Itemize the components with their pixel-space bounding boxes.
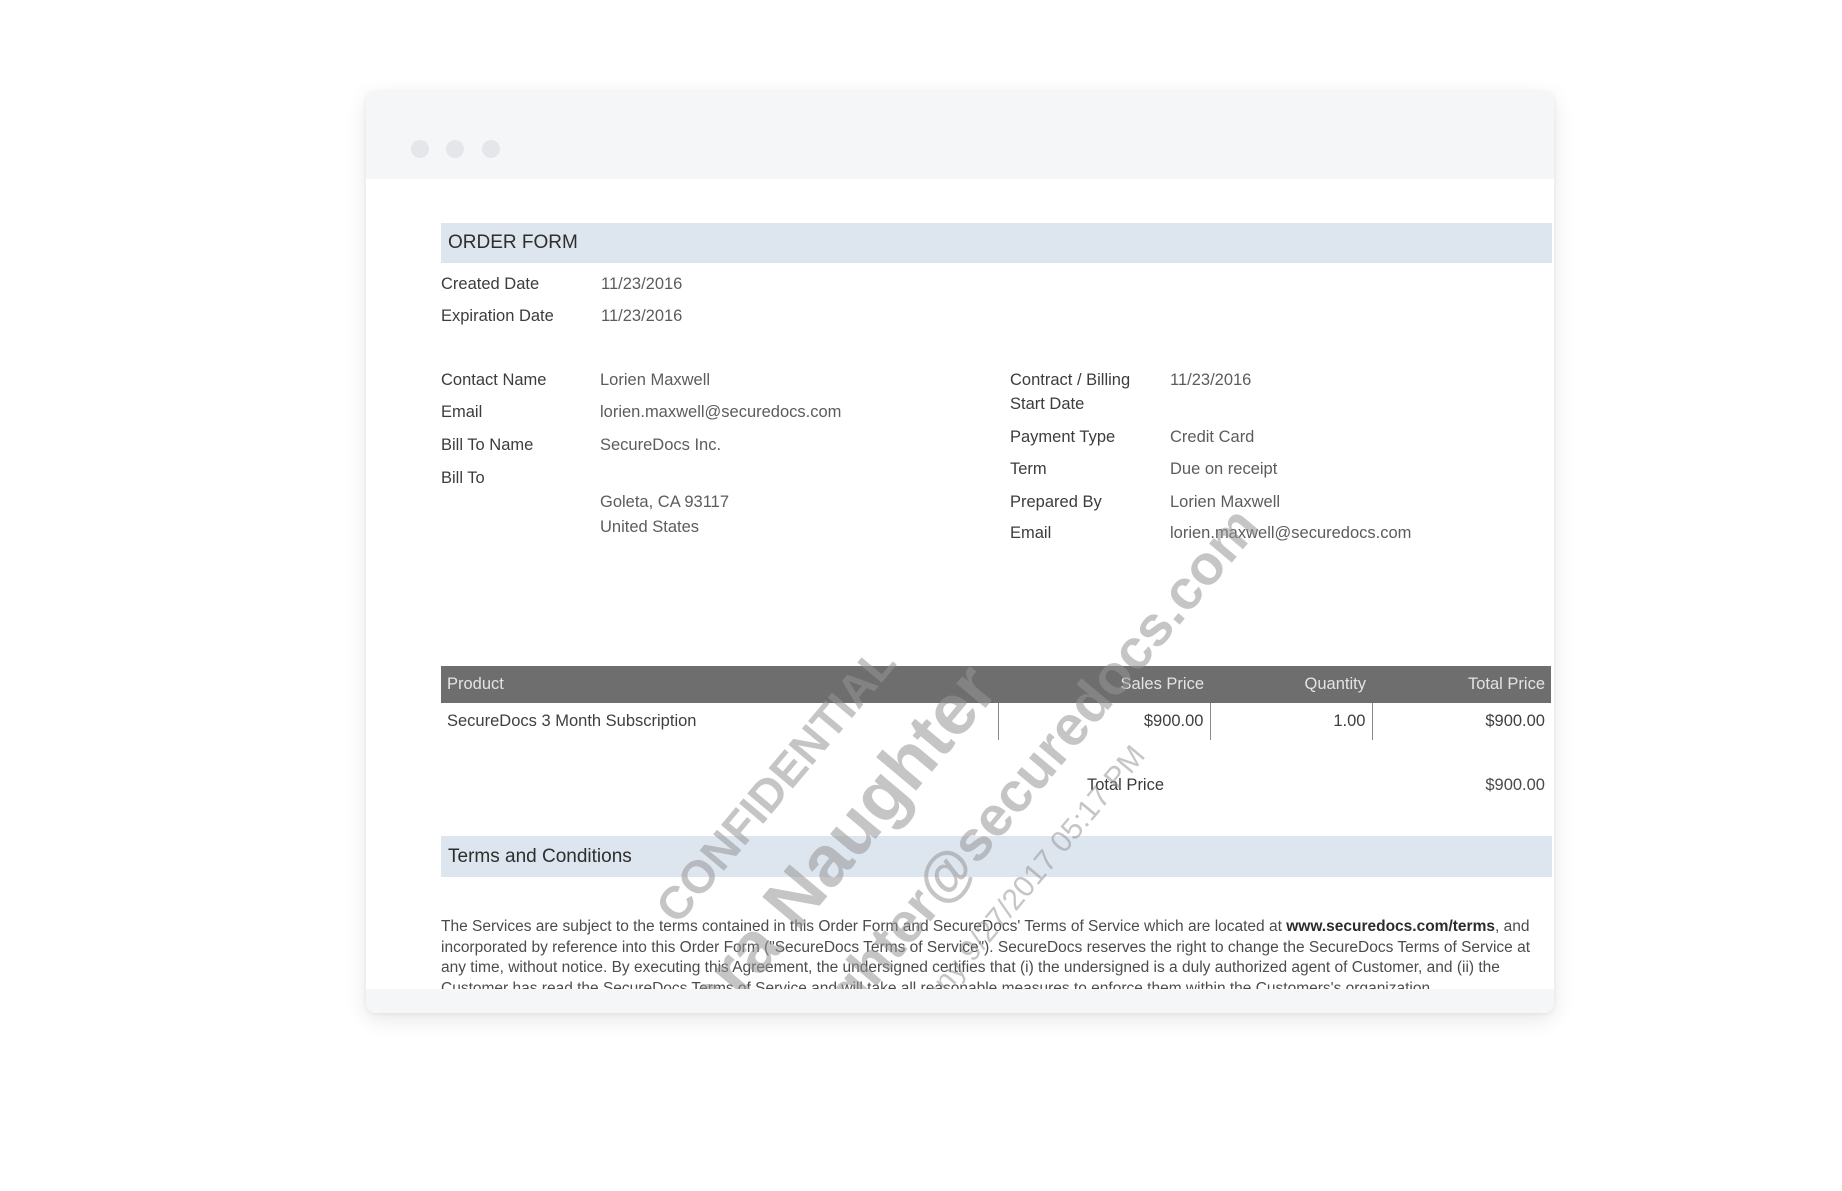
terms-title: Terms and Conditions: [448, 846, 632, 868]
prepared-by-email-label: Email: [1010, 524, 1051, 543]
created-date-label: Created Date: [441, 275, 539, 294]
line-items-header-row: Product Sales Price Quantity Total Price: [441, 666, 1551, 703]
bill-to-name-label: Bill To Name: [441, 436, 533, 455]
payment-type-value: Credit Card: [1170, 428, 1254, 447]
window-dot-icon[interactable]: [411, 140, 429, 158]
table-row: SecureDocs 3 Month Subscription $900.00 …: [441, 703, 1551, 740]
bill-to-label: Bill To: [441, 469, 485, 488]
billing-start-date-value: 11/23/2016: [1170, 371, 1251, 390]
bill-to-name-value: SecureDocs Inc.: [600, 436, 721, 455]
payment-type-label: Payment Type: [1010, 428, 1115, 447]
grand-total-value: $900.00: [1485, 776, 1545, 795]
contact-name-label: Contact Name: [441, 371, 546, 390]
prepared-by-email-value: lorien.maxwell@securedocs.com: [1170, 524, 1411, 543]
window-dot-icon[interactable]: [482, 140, 500, 158]
billing-start-date-label-1: Contract / Billing: [1010, 371, 1130, 390]
column-header-quantity: Quantity: [1210, 666, 1372, 703]
terms-header: Terms and Conditions: [441, 836, 1552, 877]
column-header-total-price: Total Price: [1372, 666, 1551, 703]
billing-start-date-label-2: Start Date: [1010, 395, 1084, 414]
terms-paragraph: The Services are subject to the terms co…: [441, 917, 1546, 989]
order-form-header: ORDER FORM: [441, 223, 1552, 263]
column-header-product: Product: [441, 666, 998, 703]
contact-email-label: Email: [441, 403, 482, 422]
bill-to-address-line1: Goleta, CA 93117: [600, 493, 729, 512]
expiration-date-label: Expiration Date: [441, 307, 554, 326]
document-viewer-window: ORDER FORM Created Date 11/23/2016 Expir…: [366, 91, 1554, 1013]
sales-price-cell: $900.00: [998, 703, 1210, 740]
window-titlebar: [366, 91, 1554, 179]
created-date-value: 11/23/2016: [601, 275, 682, 294]
term-label: Term: [1010, 460, 1047, 479]
order-form-title: ORDER FORM: [448, 232, 578, 254]
expiration-date-value: 11/23/2016: [601, 307, 682, 326]
product-cell: SecureDocs 3 Month Subscription: [441, 703, 998, 740]
contact-name-value: Lorien Maxwell: [600, 371, 710, 390]
total-price-cell: $900.00: [1372, 703, 1551, 740]
window-dot-icon[interactable]: [446, 140, 464, 158]
terms-link[interactable]: www.securedocs.com/terms: [1286, 918, 1495, 935]
line-items-table: Product Sales Price Quantity Total Price…: [441, 666, 1551, 740]
watermark-line-email: tnaughter@securedocs.com: [736, 494, 1271, 989]
column-header-sales-price: Sales Price: [998, 666, 1210, 703]
terms-text-intro: The Services are subject to the terms co…: [441, 918, 1286, 935]
prepared-by-label: Prepared By: [1010, 493, 1102, 512]
bill-to-address-line2: United States: [600, 518, 699, 537]
contact-email-value: lorien.maxwell@securedocs.com: [600, 403, 841, 422]
prepared-by-value: Lorien Maxwell: [1170, 493, 1280, 512]
window-footer: [366, 989, 1554, 1013]
term-value: Due on receipt: [1170, 460, 1277, 479]
quantity-cell: 1.00: [1210, 703, 1372, 740]
grand-total-label: Total Price: [1087, 776, 1164, 795]
order-form-document: ORDER FORM Created Date 11/23/2016 Expir…: [441, 179, 1554, 989]
